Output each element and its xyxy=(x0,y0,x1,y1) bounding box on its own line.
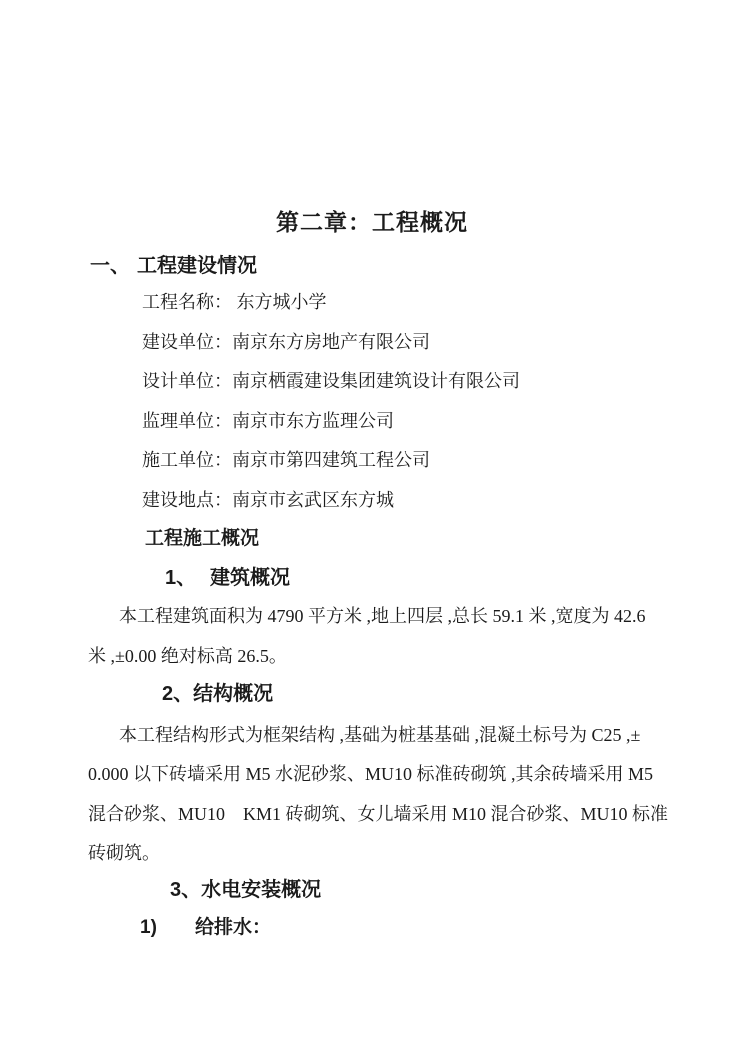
section-1-heading: 一、工程建设情况 xyxy=(90,252,257,280)
project-info-line: 建设单位：南京东方房地产有限公司 xyxy=(142,323,520,363)
paragraph-line: 0.000 以下砖墙采用 M5 水泥砂浆、MU10 标准砖砌筑 ,其余砖墙采用 … xyxy=(88,755,650,794)
subsection-2-number: 2、 xyxy=(162,681,193,707)
paragraph-line: 本工程建筑面积为 4790 平方米 ,地上四层 ,总长 59.1 米 ,宽度为 … xyxy=(88,597,650,637)
document-page: 第二章：工程概况 一、工程建设情况 工程名称： 东方城小学建设单位：南京东方房地… xyxy=(0,0,744,1052)
paragraph-line: 本工程结构形式为框架结构 ,基础为桩基基础 ,混凝土标号为 C25 ,± xyxy=(88,716,650,755)
construction-overview-heading: 工程施工概况 xyxy=(145,527,259,551)
building-overview-paragraph: 本工程建筑面积为 4790 平方米 ,地上四层 ,总长 59.1 米 ,宽度为 … xyxy=(88,597,650,676)
project-info-line: 工程名称： 东方城小学 xyxy=(142,283,520,323)
subsection-3-heading: 3、水电安装概况 xyxy=(170,877,321,903)
paragraph-line: 砖砌筑。 xyxy=(88,834,650,873)
project-info-line: 设计单位：南京栖霞建设集团建筑设计有限公司 xyxy=(142,362,520,402)
subsection-2-title: 结构概况 xyxy=(193,683,273,705)
structure-overview-paragraph: 本工程结构形式为框架结构 ,基础为桩基基础 ,混凝土标号为 C25 ,±0.00… xyxy=(88,716,650,874)
project-info-line: 监理单位：南京市东方监理公司 xyxy=(142,402,520,442)
subsection-1-heading: 1、建筑概况 xyxy=(165,565,290,591)
subsection-3-number: 3、 xyxy=(170,877,201,903)
subsection-2-heading: 2、结构概况 xyxy=(162,681,273,707)
subsection-1-number: 1、 xyxy=(165,565,210,591)
section-1-title: 工程建设情况 xyxy=(137,255,257,277)
project-info-line: 建设地点：南京市玄武区东方城 xyxy=(142,481,520,521)
item-1-label: 给排水： xyxy=(195,917,271,938)
subsection-3-title: 水电安装概况 xyxy=(201,879,321,901)
subsection-1-title: 建筑概况 xyxy=(210,567,290,589)
project-info-line: 施工单位：南京市第四建筑工程公司 xyxy=(142,441,520,481)
project-info-list: 工程名称： 东方城小学建设单位：南京东方房地产有限公司设计单位：南京栖霞建设集团… xyxy=(142,283,520,520)
section-1-number: 一、 xyxy=(90,252,137,280)
item-1-heading: 1)给排水： xyxy=(140,915,271,941)
chapter-title: 第二章：工程概况 xyxy=(0,207,744,237)
item-1-number: 1) xyxy=(140,915,195,941)
paragraph-line: 混合砂浆、MU10 KM1 砖砌筑、女儿墙采用 M10 混合砂浆、MU10 标准 xyxy=(88,795,650,834)
paragraph-line: 米 ,±0.00 绝对标高 26.5。 xyxy=(88,637,650,677)
